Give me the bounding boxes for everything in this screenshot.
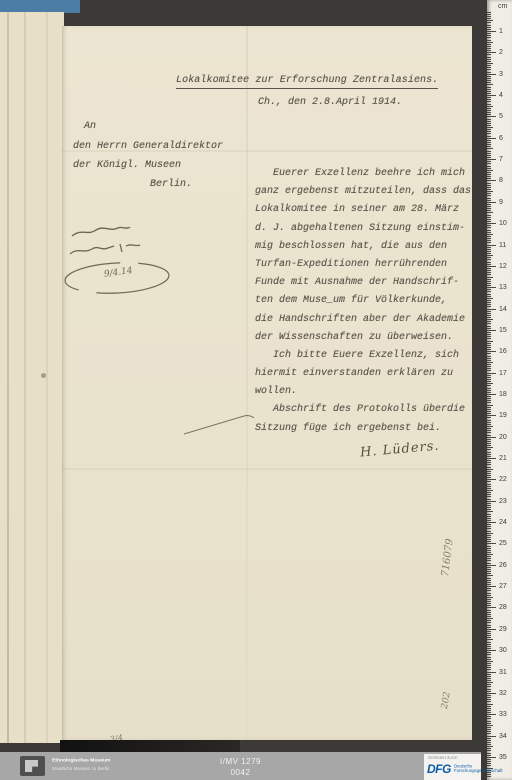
address-line: An — [84, 121, 96, 132]
ruler-tick — [487, 300, 491, 301]
ruler-tick — [487, 488, 491, 489]
ruler-tick — [487, 198, 491, 199]
ruler-cm-label: 2 — [499, 49, 503, 56]
ruler-tick — [487, 345, 491, 346]
ruler-tick — [487, 565, 496, 566]
ruler-tick — [487, 212, 493, 213]
ruler-tick — [487, 116, 496, 117]
ruler-tick — [487, 514, 491, 515]
ruler-tick — [487, 682, 493, 683]
ruler-cm-label: 22 — [499, 476, 507, 483]
ruler-cm-label: 19 — [499, 412, 507, 419]
ruler-tick — [487, 157, 491, 158]
ruler-tick — [487, 405, 493, 406]
ruler-tick — [487, 97, 491, 98]
ruler-tick — [487, 127, 493, 128]
ruler-tick — [487, 195, 491, 196]
ruler-tick — [487, 456, 491, 457]
ruler-tick — [487, 178, 491, 179]
ruler-cm-label: 31 — [499, 669, 507, 676]
ruler-tick — [487, 319, 493, 320]
ruler-tick — [487, 16, 491, 17]
ruler-cm-label: 28 — [499, 604, 507, 611]
ruler-tick — [487, 65, 491, 66]
ruler-tick — [487, 285, 491, 286]
ruler-tick — [487, 52, 496, 53]
ruler-cm-label: 3 — [499, 71, 503, 78]
ruler-tick — [487, 669, 491, 670]
ruler-cm-label: 24 — [499, 519, 507, 526]
ruler-tick — [487, 110, 491, 111]
ruler-tick — [487, 578, 491, 579]
ruler-tick — [487, 629, 496, 630]
ruler-tick — [487, 208, 491, 209]
ruler-tick — [487, 674, 491, 675]
body-line: d. J. abgehaltenen Sitzung einstim- — [255, 220, 477, 238]
handwritten-margin-note: 9/4.14 — [62, 216, 192, 306]
ruler-tick — [487, 204, 491, 205]
ruler-tick — [487, 535, 491, 536]
ruler-tick — [487, 501, 496, 502]
ruler-tick — [487, 311, 491, 312]
ruler-tick — [487, 646, 491, 647]
ruler-tick — [487, 575, 493, 576]
ruler-tick — [487, 627, 491, 628]
ruler-tick — [487, 136, 491, 137]
handwritten-signature: H. Lüders. — [359, 439, 440, 461]
ruler-tick — [487, 699, 491, 700]
ruler-tick — [487, 381, 491, 382]
ruler-tick — [487, 744, 491, 745]
ruler-tick — [487, 268, 491, 269]
ruler-tick — [487, 507, 491, 508]
ruler-tick — [487, 262, 491, 263]
ruler-tick — [487, 217, 491, 218]
ruler-tick — [487, 445, 491, 446]
ruler-tick — [487, 447, 493, 448]
ruler-tick — [487, 736, 496, 737]
shelfmark: I/MV 1279 — [0, 757, 481, 766]
ruler-tick — [487, 443, 491, 444]
ruler-tick — [487, 718, 491, 719]
ruler-tick — [487, 101, 491, 102]
ruler-tick — [487, 54, 491, 55]
ruler-tick — [487, 364, 491, 365]
ruler-tick — [487, 394, 496, 395]
ruler-tick — [487, 234, 493, 235]
ruler-tick — [487, 729, 491, 730]
ruler-tick — [487, 473, 491, 474]
ruler-tick — [487, 518, 491, 519]
ruler-tick — [487, 221, 491, 222]
measurement-ruler: cm 1234567891011121314151617181920212223… — [487, 0, 512, 780]
ruler-cm-label: 13 — [499, 284, 507, 291]
ruler-tick — [487, 185, 491, 186]
ruler-tick — [487, 635, 491, 636]
ruler-tick — [487, 528, 491, 529]
ruler-tick — [487, 496, 491, 497]
ruler-tick — [487, 727, 491, 728]
ruler-tick — [487, 108, 491, 109]
ruler-tick — [487, 437, 496, 438]
ruler-tick — [487, 347, 491, 348]
ruler-tick — [487, 661, 493, 662]
ruler-tick — [487, 140, 491, 141]
ruler-tick — [487, 14, 491, 15]
ruler-tick — [487, 738, 491, 739]
ruler-tick — [487, 121, 491, 122]
ruler-tick — [487, 114, 491, 115]
ruler-tick — [487, 676, 491, 677]
body-line: wollen. — [255, 383, 477, 401]
body-line: Funde mit Ausnahme der Handschrif- — [255, 274, 477, 292]
ruler-tick — [487, 238, 491, 239]
ruler-cm-label: 30 — [499, 647, 507, 654]
body-line: Sitzung füge ich ergebenst bei. — [255, 420, 477, 438]
ruler-tick — [487, 721, 491, 722]
ruler-tick — [487, 227, 491, 228]
ruler-tick — [487, 654, 491, 655]
ruler-tick — [487, 494, 491, 495]
ruler-tick — [487, 368, 491, 369]
ruler-tick — [487, 18, 491, 19]
ruler-tick — [487, 328, 491, 329]
ruler-tick — [487, 657, 491, 658]
ruler-cm-label: 6 — [499, 135, 503, 142]
ruler-tick — [487, 230, 491, 231]
ruler-tick — [487, 665, 491, 666]
ruler-cm-label: 18 — [499, 391, 507, 398]
ruler-tick — [487, 225, 491, 226]
ruler-tick — [487, 573, 491, 574]
ruler-tick — [487, 471, 491, 472]
ruler-tick — [487, 84, 493, 85]
ruler-tick — [487, 586, 496, 587]
page-edge-line — [7, 12, 9, 743]
ruler-tick — [487, 215, 491, 216]
ruler-tick — [487, 714, 496, 715]
ruler-tick — [487, 189, 491, 190]
ruler-tick — [487, 59, 491, 60]
ruler-tick — [487, 569, 491, 570]
ruler-tick — [487, 187, 491, 188]
dfg-name-line2: Forschungsgemeinschaft — [454, 768, 503, 772]
ruler-tick — [487, 633, 491, 634]
ruler-tick — [487, 460, 491, 461]
ruler-tick — [487, 560, 491, 561]
ruler-tick — [487, 424, 491, 425]
ruler-tick — [487, 245, 496, 246]
ruler-tick — [487, 283, 491, 284]
ruler-tick — [487, 385, 491, 386]
letter-body: Euerer Exzellenz beehre ich michganz erg… — [255, 165, 477, 438]
ruler-tick — [487, 567, 491, 568]
ruler-tick — [487, 174, 491, 175]
ruler-tick — [487, 138, 496, 139]
ruler-tick — [487, 490, 493, 491]
ruler-tick — [487, 761, 491, 762]
ruler-tick — [487, 291, 491, 292]
ruler-tick — [487, 531, 491, 532]
ruler-tick — [487, 287, 496, 288]
ruler-tick — [487, 63, 493, 64]
body-line: Euerer Exzellenz beehre ich mich — [255, 165, 477, 183]
folio-number-handwritten: 202 — [440, 691, 453, 710]
ruler-tick — [487, 341, 493, 342]
ruler-tick — [487, 458, 496, 459]
ruler-tick — [487, 29, 491, 30]
ruler-tick — [487, 133, 491, 134]
ruler-tick — [487, 383, 493, 384]
ruler-tick — [487, 253, 491, 254]
ruler-tick — [487, 360, 491, 361]
ruler-tick — [487, 302, 491, 303]
body-line: mig beschlossen hat, die aus den — [255, 238, 477, 256]
body-line: hiermit einverstanden erklären zu — [255, 365, 477, 383]
ruler-tick — [487, 723, 491, 724]
ruler-tick — [487, 407, 491, 408]
ruler-tick — [487, 610, 491, 611]
ruler-tick — [487, 375, 491, 376]
ruler-tick — [487, 366, 491, 367]
ruler-tick — [487, 223, 496, 224]
ruler-tick — [487, 605, 491, 606]
ruler-tick — [487, 129, 491, 130]
ruler-tick — [487, 484, 491, 485]
ruler-tick — [487, 430, 491, 431]
ruler-tick — [487, 697, 491, 698]
ruler-tick — [487, 706, 491, 707]
ruler-tick — [487, 69, 491, 70]
ruler-tick — [487, 151, 491, 152]
body-line: Lokalkomitee in seiner am 28. März — [255, 201, 477, 219]
ruler-tick — [487, 415, 496, 416]
page-shadow — [60, 740, 240, 752]
ruler-tick — [487, 398, 491, 399]
ruler-tick — [487, 332, 491, 333]
ruler-tick — [487, 46, 491, 47]
ruler-tick — [487, 411, 491, 412]
ruler-tick — [487, 33, 491, 34]
ruler-tick — [487, 441, 491, 442]
ruler-tick — [487, 296, 491, 297]
ruler-tick — [487, 161, 491, 162]
ruler-tick — [487, 281, 491, 282]
ruler-tick — [487, 112, 491, 113]
ruler-tick — [487, 691, 491, 692]
ruler-cm-label: 4 — [499, 92, 503, 99]
ruler-tick — [487, 72, 491, 73]
ruler-tick — [487, 503, 491, 504]
ruler-tick — [487, 91, 491, 92]
ruler-tick — [487, 304, 491, 305]
ruler-tick — [487, 452, 491, 453]
ruler-tick — [487, 680, 491, 681]
ruler-tick — [487, 373, 496, 374]
ruler-tick — [487, 750, 491, 751]
ruler-tick — [487, 742, 491, 743]
ruler-tick — [487, 558, 491, 559]
ruler-tick — [487, 475, 491, 476]
ruler-tick — [487, 20, 493, 21]
ruler-tick — [487, 639, 493, 640]
ruler-tick — [487, 597, 493, 598]
ruler-tick — [487, 599, 491, 600]
margin-date-note: 9/4.14 — [103, 266, 133, 280]
ruler-tick — [487, 294, 491, 295]
ruler-tick — [487, 12, 491, 13]
ruler-tick — [487, 612, 491, 613]
ruler-tick — [487, 306, 491, 307]
archive-footer-bar: Ethnologisches Museum Staatliche Museen … — [0, 752, 481, 780]
ruler-cm-label: 16 — [499, 348, 507, 355]
ruler-tick — [487, 588, 491, 589]
ruler-tick — [487, 454, 491, 455]
ruler-tick — [487, 552, 491, 553]
ruler-tick — [487, 82, 491, 83]
body-line: ganz ergebenst mitzuteilen, dass das — [255, 183, 477, 201]
ruler-tick — [487, 464, 491, 465]
ruler-tick — [487, 148, 493, 149]
ruler-tick — [487, 50, 491, 51]
ruler-tick — [487, 172, 491, 173]
ruler-tick — [487, 659, 491, 660]
ruler-tick — [487, 678, 491, 679]
ruler-tick — [487, 776, 491, 777]
ruler-tick — [487, 240, 491, 241]
ruler-tick — [487, 61, 491, 62]
ruler-tick — [487, 593, 491, 594]
ruler-tick — [487, 358, 491, 359]
ruler-tick — [487, 759, 491, 760]
ruler-tick — [487, 435, 491, 436]
ruler-tick — [487, 330, 496, 331]
ruler-tick — [487, 733, 491, 734]
dfg-full-name: Deutsche Forschungsgemeinschaft — [454, 764, 503, 773]
ruler-tick — [487, 35, 491, 36]
ruler-tick — [487, 104, 491, 105]
ruler-tick — [487, 315, 491, 316]
ruler-tick — [487, 193, 491, 194]
ruler-tick — [487, 76, 491, 77]
punch-hole — [41, 373, 46, 378]
ruler-cm-label: 23 — [499, 498, 507, 505]
ruler-cm-label: 21 — [499, 455, 507, 462]
ruler-tick — [487, 746, 493, 747]
ruler-tick — [487, 708, 491, 709]
page-edge-line — [24, 12, 26, 743]
ruler-tick — [487, 163, 491, 164]
ruler-tick — [487, 166, 491, 167]
ruler-tick — [487, 289, 491, 290]
ruler-tick — [487, 170, 493, 171]
ruler-tick — [487, 67, 491, 68]
ruler-tick — [487, 159, 496, 160]
ruler-tick — [487, 520, 491, 521]
ruler-tick — [487, 338, 491, 339]
ruler-tick — [487, 499, 491, 500]
body-line: die Handschriften aber der Akademie — [255, 311, 477, 329]
dfg-wordmark: DFG — [427, 762, 451, 776]
ruler-tick — [487, 701, 491, 702]
address-line: der Königl. Museen — [73, 160, 181, 171]
ruler-tick — [487, 191, 493, 192]
ruler-tick — [487, 537, 491, 538]
ruler-cm-label: 20 — [499, 434, 507, 441]
ruler-unit-label: cm — [498, 3, 507, 10]
ruler-tick — [487, 93, 491, 94]
ruler-tick — [487, 603, 491, 604]
ruler-tick — [487, 370, 491, 371]
ruler-tick — [487, 153, 491, 154]
ruler-tick — [487, 584, 491, 585]
ruler-tick — [487, 541, 491, 542]
ruler-tick — [487, 210, 491, 211]
ruler-tick — [487, 87, 491, 88]
ruler-tick — [487, 426, 493, 427]
ruler-cm-label: 12 — [499, 263, 507, 270]
ruler-tick — [487, 362, 493, 363]
ruler-tick — [487, 774, 491, 775]
ruler-tick — [487, 155, 491, 156]
ruler-tick — [487, 298, 493, 299]
ruler-tick — [487, 607, 496, 608]
body-line: Abschrift des Protokolls überdie — [255, 401, 477, 419]
ruler-tick — [487, 618, 493, 619]
ruler-tick — [487, 725, 493, 726]
ruler-tick — [487, 74, 496, 75]
ruler-tick — [487, 543, 496, 544]
ruler-tick — [487, 548, 491, 549]
ruler-tick — [487, 755, 491, 756]
ruler-tick — [487, 672, 496, 673]
ruler-tick — [487, 396, 491, 397]
ruler-tick — [487, 712, 491, 713]
ruler-tick — [487, 740, 491, 741]
ruler-tick — [487, 95, 496, 96]
ruler-tick — [487, 259, 491, 260]
ruler-tick — [487, 168, 491, 169]
ruler-tick — [487, 509, 491, 510]
ruler-tick — [487, 616, 491, 617]
ruler-cm-label: 7 — [499, 156, 503, 163]
ruler-tick — [487, 550, 491, 551]
ruler-tick — [487, 648, 491, 649]
ruler-tick — [487, 142, 491, 143]
stacked-page-edges — [0, 12, 64, 743]
ruler-tick — [487, 631, 491, 632]
ruler-tick — [487, 353, 491, 354]
ruler-cm-label: 27 — [499, 583, 507, 590]
ruler-tick — [487, 176, 491, 177]
address-line: Berlin. — [150, 179, 192, 190]
ruler-tick — [487, 89, 491, 90]
ruler-tick — [487, 42, 493, 43]
ruler-tick — [487, 505, 491, 506]
ruler-tick — [487, 695, 491, 696]
ruler-tick — [487, 200, 491, 201]
ruler-tick — [487, 236, 491, 237]
ruler-cm-label: 5 — [499, 113, 503, 120]
ruler-cm-label: 17 — [499, 370, 507, 377]
ruler-tick — [487, 78, 491, 79]
ruler-cm-label: 8 — [499, 177, 503, 184]
funding-note: Gefördert durch — [428, 756, 457, 760]
ruler-tick — [487, 689, 491, 690]
ruler-tick — [487, 247, 491, 248]
ruler-tick — [487, 731, 491, 732]
ruler-cm-label: 33 — [499, 711, 507, 718]
